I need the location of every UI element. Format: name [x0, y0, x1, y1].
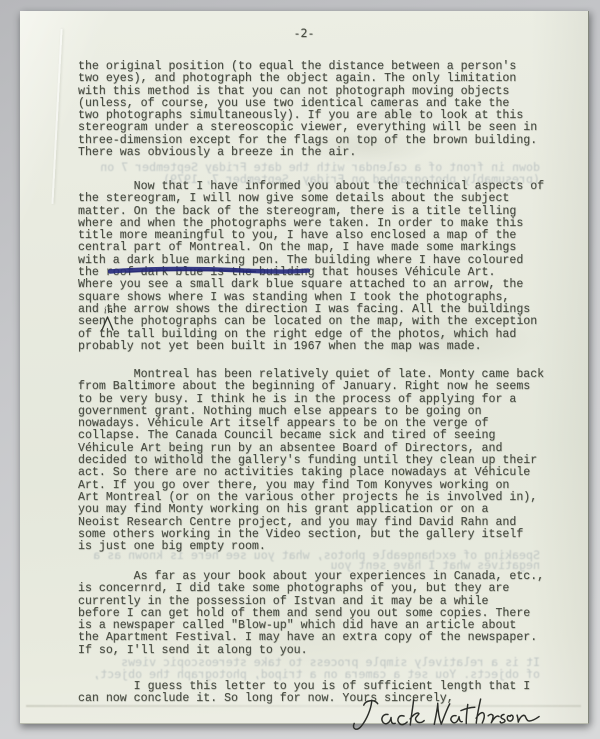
ghost-showthrough-line: down in front of a calendar with the dat…: [60, 161, 540, 173]
paragraph-4: As far as your book about your experienc…: [78, 571, 544, 657]
letter-page: down in front of a calendar with the dat…: [20, 11, 589, 724]
paragraph-1: the original position (to equal the dist…: [78, 61, 537, 159]
insertion-caret-icon: [101, 316, 115, 331]
paper-crease-left: [51, 29, 62, 204]
signature-ink: [348, 692, 545, 735]
handwritten-insertion: in: [99, 306, 129, 342]
pen-underline-ink: [106, 262, 314, 274]
insertion-text: in: [104, 306, 114, 317]
page-number: -2-: [20, 27, 588, 39]
paragraph-3: Montreal has been relatively quiet of la…: [78, 369, 544, 553]
ghost-showthrough-line: It is a relatively simple process to tak…: [60, 656, 540, 668]
photo-background: down in front of a calendar with the dat…: [0, 0, 600, 739]
ghost-showthrough-line: of objects. You set a camera on a tripod…: [60, 668, 540, 680]
signature: Jack Nathanson: [348, 692, 545, 735]
